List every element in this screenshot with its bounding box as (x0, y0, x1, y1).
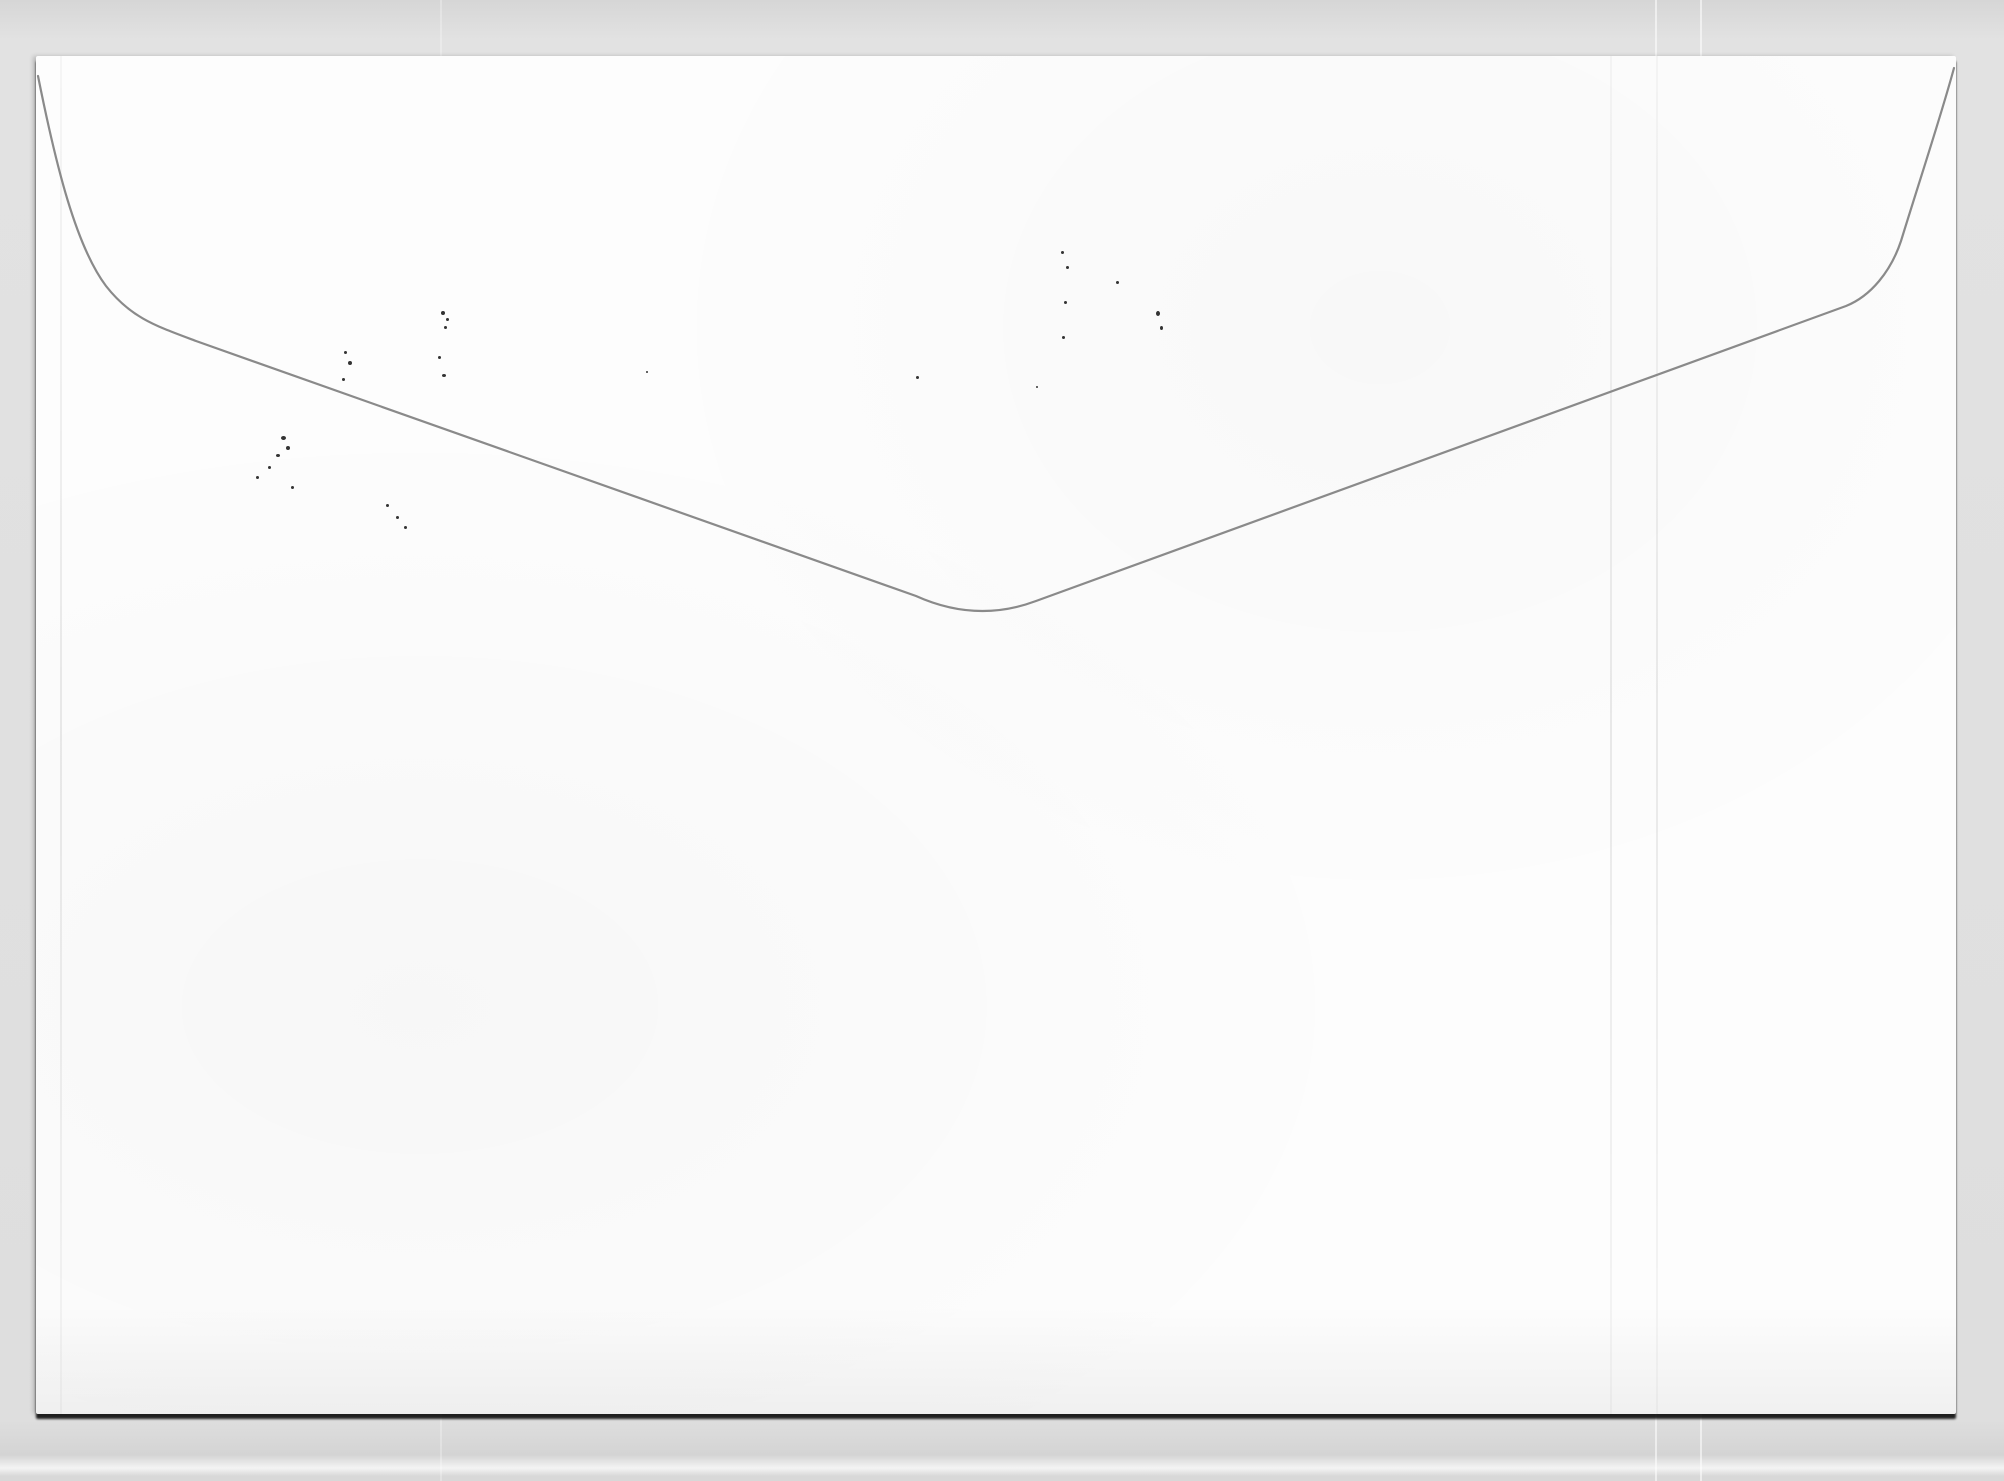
envelope-back (36, 56, 1956, 1414)
envelope-flap (36, 56, 1956, 1414)
